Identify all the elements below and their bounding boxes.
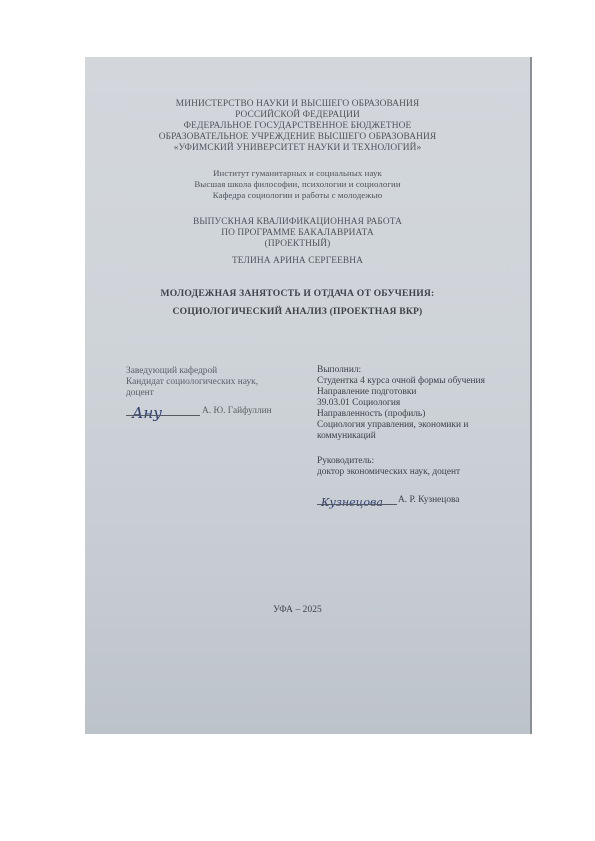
performed-line: Студентка 4 курса очной формы обучения [317, 376, 485, 387]
hod-name: А. Ю. Гайфуллин [202, 406, 272, 417]
hod-line: Заведующий кафедрой [126, 366, 316, 377]
institute-block: Институт гуманитарных и социальных наук … [0, 168, 595, 201]
supervisor-line: Руководитель: [317, 456, 517, 467]
title-line: СОЦИОЛОГИЧЕСКИЙ АНАЛИЗ (ПРОЕКТНАЯ ВКР) [0, 303, 595, 321]
supervisor-block: Руководитель: доктор экономических наук,… [317, 456, 517, 508]
ministry-header: МИНИСТЕРСТВО НАУКИ И ВЫСШЕГО ОБРАЗОВАНИЯ… [0, 99, 595, 154]
hod-signature: Ану [132, 408, 162, 419]
performed-line: коммуникаций [317, 431, 485, 442]
institute-line: Высшая школа философии, психологии и соц… [0, 179, 595, 190]
ministry-line: РОССИЙСКОЙ ФЕДЕРАЦИИ [0, 110, 595, 121]
performed-line: 39.03.01 Социология [317, 398, 485, 409]
institute-line: Кафедра социологии и работы с молодежью [0, 190, 595, 201]
supervisor-line: доктор экономических наук, доцент [317, 467, 517, 478]
work-type-line: ВЫПУСКНАЯ КВАЛИФИКАЦИОННАЯ РАБОТА [0, 217, 595, 228]
thesis-title: МОЛОДЕЖНАЯ ЗАНЯТОСТЬ И ОТДАЧА ОТ ОБУЧЕНИ… [0, 285, 595, 321]
title-line: МОЛОДЕЖНАЯ ЗАНЯТОСТЬ И ОТДАЧА ОТ ОБУЧЕНИ… [0, 285, 595, 303]
performed-line: Направленность (профиль) [317, 409, 485, 420]
hod-line: Кандидат социологических наук, [126, 377, 316, 388]
ministry-line: ФЕДЕРАЛЬНОЕ ГОСУДАРСТВЕННОЕ БЮДЖЕТНОЕ [0, 121, 595, 132]
signature-line [126, 415, 200, 416]
author-name: ТЕЛИНА АРИНА СЕРГЕЕВНА [0, 256, 595, 267]
ministry-line: МИНИСТЕРСТВО НАУКИ И ВЫСШЕГО ОБРАЗОВАНИЯ [0, 99, 595, 110]
performed-by-block: Выполнил: Студентка 4 курса очной формы … [317, 365, 485, 442]
supervisor-name: А. Р. Кузнецова [398, 495, 459, 506]
hod-signature-row: Ану А. Ю. Гайфуллин [126, 399, 316, 419]
ministry-line: ОБРАЗОВАТЕЛЬНОЕ УЧРЕЖДЕНИЕ ВЫСШЕГО ОБРАЗ… [0, 132, 595, 143]
supervisor-signature-row: Кузнецова А. Р. Кузнецова [317, 488, 517, 508]
performed-line: Направление подготовки [317, 387, 485, 398]
signature-line [317, 504, 397, 505]
institute-line: Институт гуманитарных и социальных наук [0, 168, 595, 179]
hod-line: доцент [126, 388, 316, 399]
performed-line: Выполнил: [317, 365, 485, 376]
work-type-block: ВЫПУСКНАЯ КВАЛИФИКАЦИОННАЯ РАБОТА ПО ПРО… [0, 217, 595, 250]
performed-line: Социология управления, экономики и [317, 420, 485, 431]
head-of-department-block: Заведующий кафедрой Кандидат социологиче… [126, 366, 316, 419]
supervisor-signature: Кузнецова [321, 497, 383, 508]
city-year: УФА – 2025 [0, 605, 595, 616]
ministry-line: «УФИМСКИЙ УНИВЕРСИТЕТ НАУКИ И ТЕХНОЛОГИЙ… [0, 143, 595, 154]
work-type-line: ПО ПРОГРАММЕ БАКАЛАВРИАТА [0, 228, 595, 239]
work-type-line: (ПРОЕКТНЫЙ) [0, 239, 595, 250]
